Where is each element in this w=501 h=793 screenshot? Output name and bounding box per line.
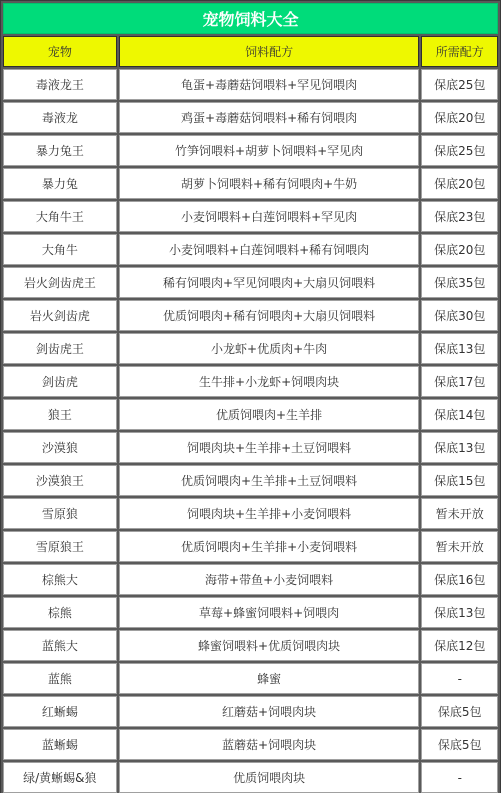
pet-name: 毒液龙: [3, 102, 117, 133]
pet-name: 沙漠狼王: [3, 465, 117, 496]
feed-recipe: 稀有饲喂肉+罕见饲喂肉+大扇贝饲喂料: [119, 267, 420, 298]
pet-name: 岩火剑齿虎: [3, 300, 117, 331]
feed-recipe: 蜂蜜饲喂料+优质饲喂肉块: [119, 630, 420, 661]
table-row: 岩火剑齿虎优质饲喂肉+稀有饲喂肉+大扇贝饲喂料保底30包: [3, 300, 498, 331]
table-row: 绿/黄蜥蜴&狼优质饲喂肉块-: [3, 762, 498, 793]
required-packs: 保底25包: [421, 135, 498, 166]
required-packs: -: [421, 663, 498, 694]
pet-name: 暴力兔王: [3, 135, 117, 166]
required-packs: 保底23包: [421, 201, 498, 232]
required-packs: 保底13包: [421, 432, 498, 463]
table-row: 棕熊大海带+带鱼+小麦饲喂料保底16包: [3, 564, 498, 595]
required-packs: 保底20包: [421, 234, 498, 265]
required-packs: 保底35包: [421, 267, 498, 298]
required-packs: 暂未开放: [421, 531, 498, 562]
pet-name: 雪原狼: [3, 498, 117, 529]
pet-name: 蓝蜥蜴: [3, 729, 117, 760]
required-packs: 保底15包: [421, 465, 498, 496]
pet-name: 剑齿虎王: [3, 333, 117, 364]
feed-recipe: 优质饲喂肉块: [119, 762, 420, 793]
table-row: 大角牛小麦饲喂料+白莲饲喂料+稀有饲喂肉保底20包: [3, 234, 498, 265]
required-packs: 保底30包: [421, 300, 498, 331]
required-packs: 保底25包: [421, 69, 498, 100]
column-header-recipe: 饲料配方: [119, 36, 420, 67]
table-row: 毒液龙王龟蛋+毒蘑菇饲喂料+罕见饲喂肉保底25包: [3, 69, 498, 100]
required-packs: 保底13包: [421, 597, 498, 628]
feed-recipe: 优质饲喂肉+生羊排: [119, 399, 420, 430]
feed-recipe: 优质饲喂肉+生羊排+土豆饲喂料: [119, 465, 420, 496]
required-packs: 保底20包: [421, 102, 498, 133]
column-header-required: 所需配方: [421, 36, 498, 67]
table-row: 沙漠狼饲喂肉块+生羊排+土豆饲喂料保底13包: [3, 432, 498, 463]
required-packs: 保底20包: [421, 168, 498, 199]
table-row: 棕熊草莓+蜂蜜饲喂料+饲喂肉保底13包: [3, 597, 498, 628]
required-packs: -: [421, 762, 498, 793]
pet-name: 大角牛: [3, 234, 117, 265]
required-packs: 保底13包: [421, 333, 498, 364]
feed-recipe: 鸡蛋+毒蘑菇饲喂料+稀有饲喂肉: [119, 102, 420, 133]
pet-name: 毒液龙王: [3, 69, 117, 100]
feed-recipe: 红蘑菇+饲喂肉块: [119, 696, 420, 727]
pet-name: 沙漠狼: [3, 432, 117, 463]
table-row: 岩火剑齿虎王稀有饲喂肉+罕见饲喂肉+大扇贝饲喂料保底35包: [3, 267, 498, 298]
pet-feed-table: 宠物饲料大全 宠物 饲料配方 所需配方 毒液龙王龟蛋+毒蘑菇饲喂料+罕见饲喂肉保…: [0, 0, 501, 793]
pet-name: 绿/黄蜥蜴&狼: [3, 762, 117, 793]
feed-recipe: 龟蛋+毒蘑菇饲喂料+罕见饲喂肉: [119, 69, 420, 100]
feed-recipe: 海带+带鱼+小麦饲喂料: [119, 564, 420, 595]
feed-recipe: 小麦饲喂料+白莲饲喂料+罕见肉: [119, 201, 420, 232]
feed-recipe: 蜂蜜: [119, 663, 420, 694]
table-row: 剑齿虎生牛排+小龙虾+饲喂肉块保底17包: [3, 366, 498, 397]
table-row: 沙漠狼王优质饲喂肉+生羊排+土豆饲喂料保底15包: [3, 465, 498, 496]
pet-name: 剑齿虎: [3, 366, 117, 397]
required-packs: 保底17包: [421, 366, 498, 397]
table-row: 毒液龙鸡蛋+毒蘑菇饲喂料+稀有饲喂肉保底20包: [3, 102, 498, 133]
feed-recipe: 饲喂肉块+生羊排+小麦饲喂料: [119, 498, 420, 529]
table-row: 大角牛王小麦饲喂料+白莲饲喂料+罕见肉保底23包: [3, 201, 498, 232]
required-packs: 保底5包: [421, 696, 498, 727]
table-row: 雪原狼王优质饲喂肉+生羊排+小麦饲喂料暂未开放: [3, 531, 498, 562]
required-packs: 保底12包: [421, 630, 498, 661]
pet-name: 大角牛王: [3, 201, 117, 232]
pet-name: 蓝熊: [3, 663, 117, 694]
feed-recipe: 竹笋饲喂料+胡萝卜饲喂料+罕见肉: [119, 135, 420, 166]
pet-name: 棕熊: [3, 597, 117, 628]
feed-recipe: 胡萝卜饲喂料+稀有饲喂肉+牛奶: [119, 168, 420, 199]
pet-name: 狼王: [3, 399, 117, 430]
table-row: 剑齿虎王小龙虾+优质肉+牛肉保底13包: [3, 333, 498, 364]
pet-name: 棕熊大: [3, 564, 117, 595]
table-row: 蓝熊大蜂蜜饲喂料+优质饲喂肉块保底12包: [3, 630, 498, 661]
table-row: 红蜥蜴红蘑菇+饲喂肉块保底5包: [3, 696, 498, 727]
feed-recipe: 小麦饲喂料+白莲饲喂料+稀有饲喂肉: [119, 234, 420, 265]
pet-name: 雪原狼王: [3, 531, 117, 562]
pet-name: 岩火剑齿虎王: [3, 267, 117, 298]
feed-recipe: 小龙虾+优质肉+牛肉: [119, 333, 420, 364]
table-row: 狼王优质饲喂肉+生羊排保底14包: [3, 399, 498, 430]
header-row: 宠物 饲料配方 所需配方: [3, 36, 498, 67]
table-row: 暴力兔王竹笋饲喂料+胡萝卜饲喂料+罕见肉保底25包: [3, 135, 498, 166]
feed-recipe: 饲喂肉块+生羊排+土豆饲喂料: [119, 432, 420, 463]
feed-recipe: 优质饲喂肉+稀有饲喂肉+大扇贝饲喂料: [119, 300, 420, 331]
table-row: 雪原狼饲喂肉块+生羊排+小麦饲喂料暂未开放: [3, 498, 498, 529]
table-row: 蓝熊蜂蜜-: [3, 663, 498, 694]
title-row: 宠物饲料大全: [3, 3, 498, 34]
feed-recipe: 蓝蘑菇+饲喂肉块: [119, 729, 420, 760]
table-row: 暴力兔胡萝卜饲喂料+稀有饲喂肉+牛奶保底20包: [3, 168, 498, 199]
pet-name: 红蜥蜴: [3, 696, 117, 727]
feed-recipe: 优质饲喂肉+生羊排+小麦饲喂料: [119, 531, 420, 562]
pet-name: 蓝熊大: [3, 630, 117, 661]
pet-name: 暴力兔: [3, 168, 117, 199]
column-header-pet: 宠物: [3, 36, 117, 67]
table-row: 蓝蜥蜴蓝蘑菇+饲喂肉块保底5包: [3, 729, 498, 760]
feed-recipe: 草莓+蜂蜜饲喂料+饲喂肉: [119, 597, 420, 628]
required-packs: 保底14包: [421, 399, 498, 430]
table-title: 宠物饲料大全: [3, 3, 498, 34]
required-packs: 暂未开放: [421, 498, 498, 529]
required-packs: 保底16包: [421, 564, 498, 595]
required-packs: 保底5包: [421, 729, 498, 760]
feed-recipe: 生牛排+小龙虾+饲喂肉块: [119, 366, 420, 397]
